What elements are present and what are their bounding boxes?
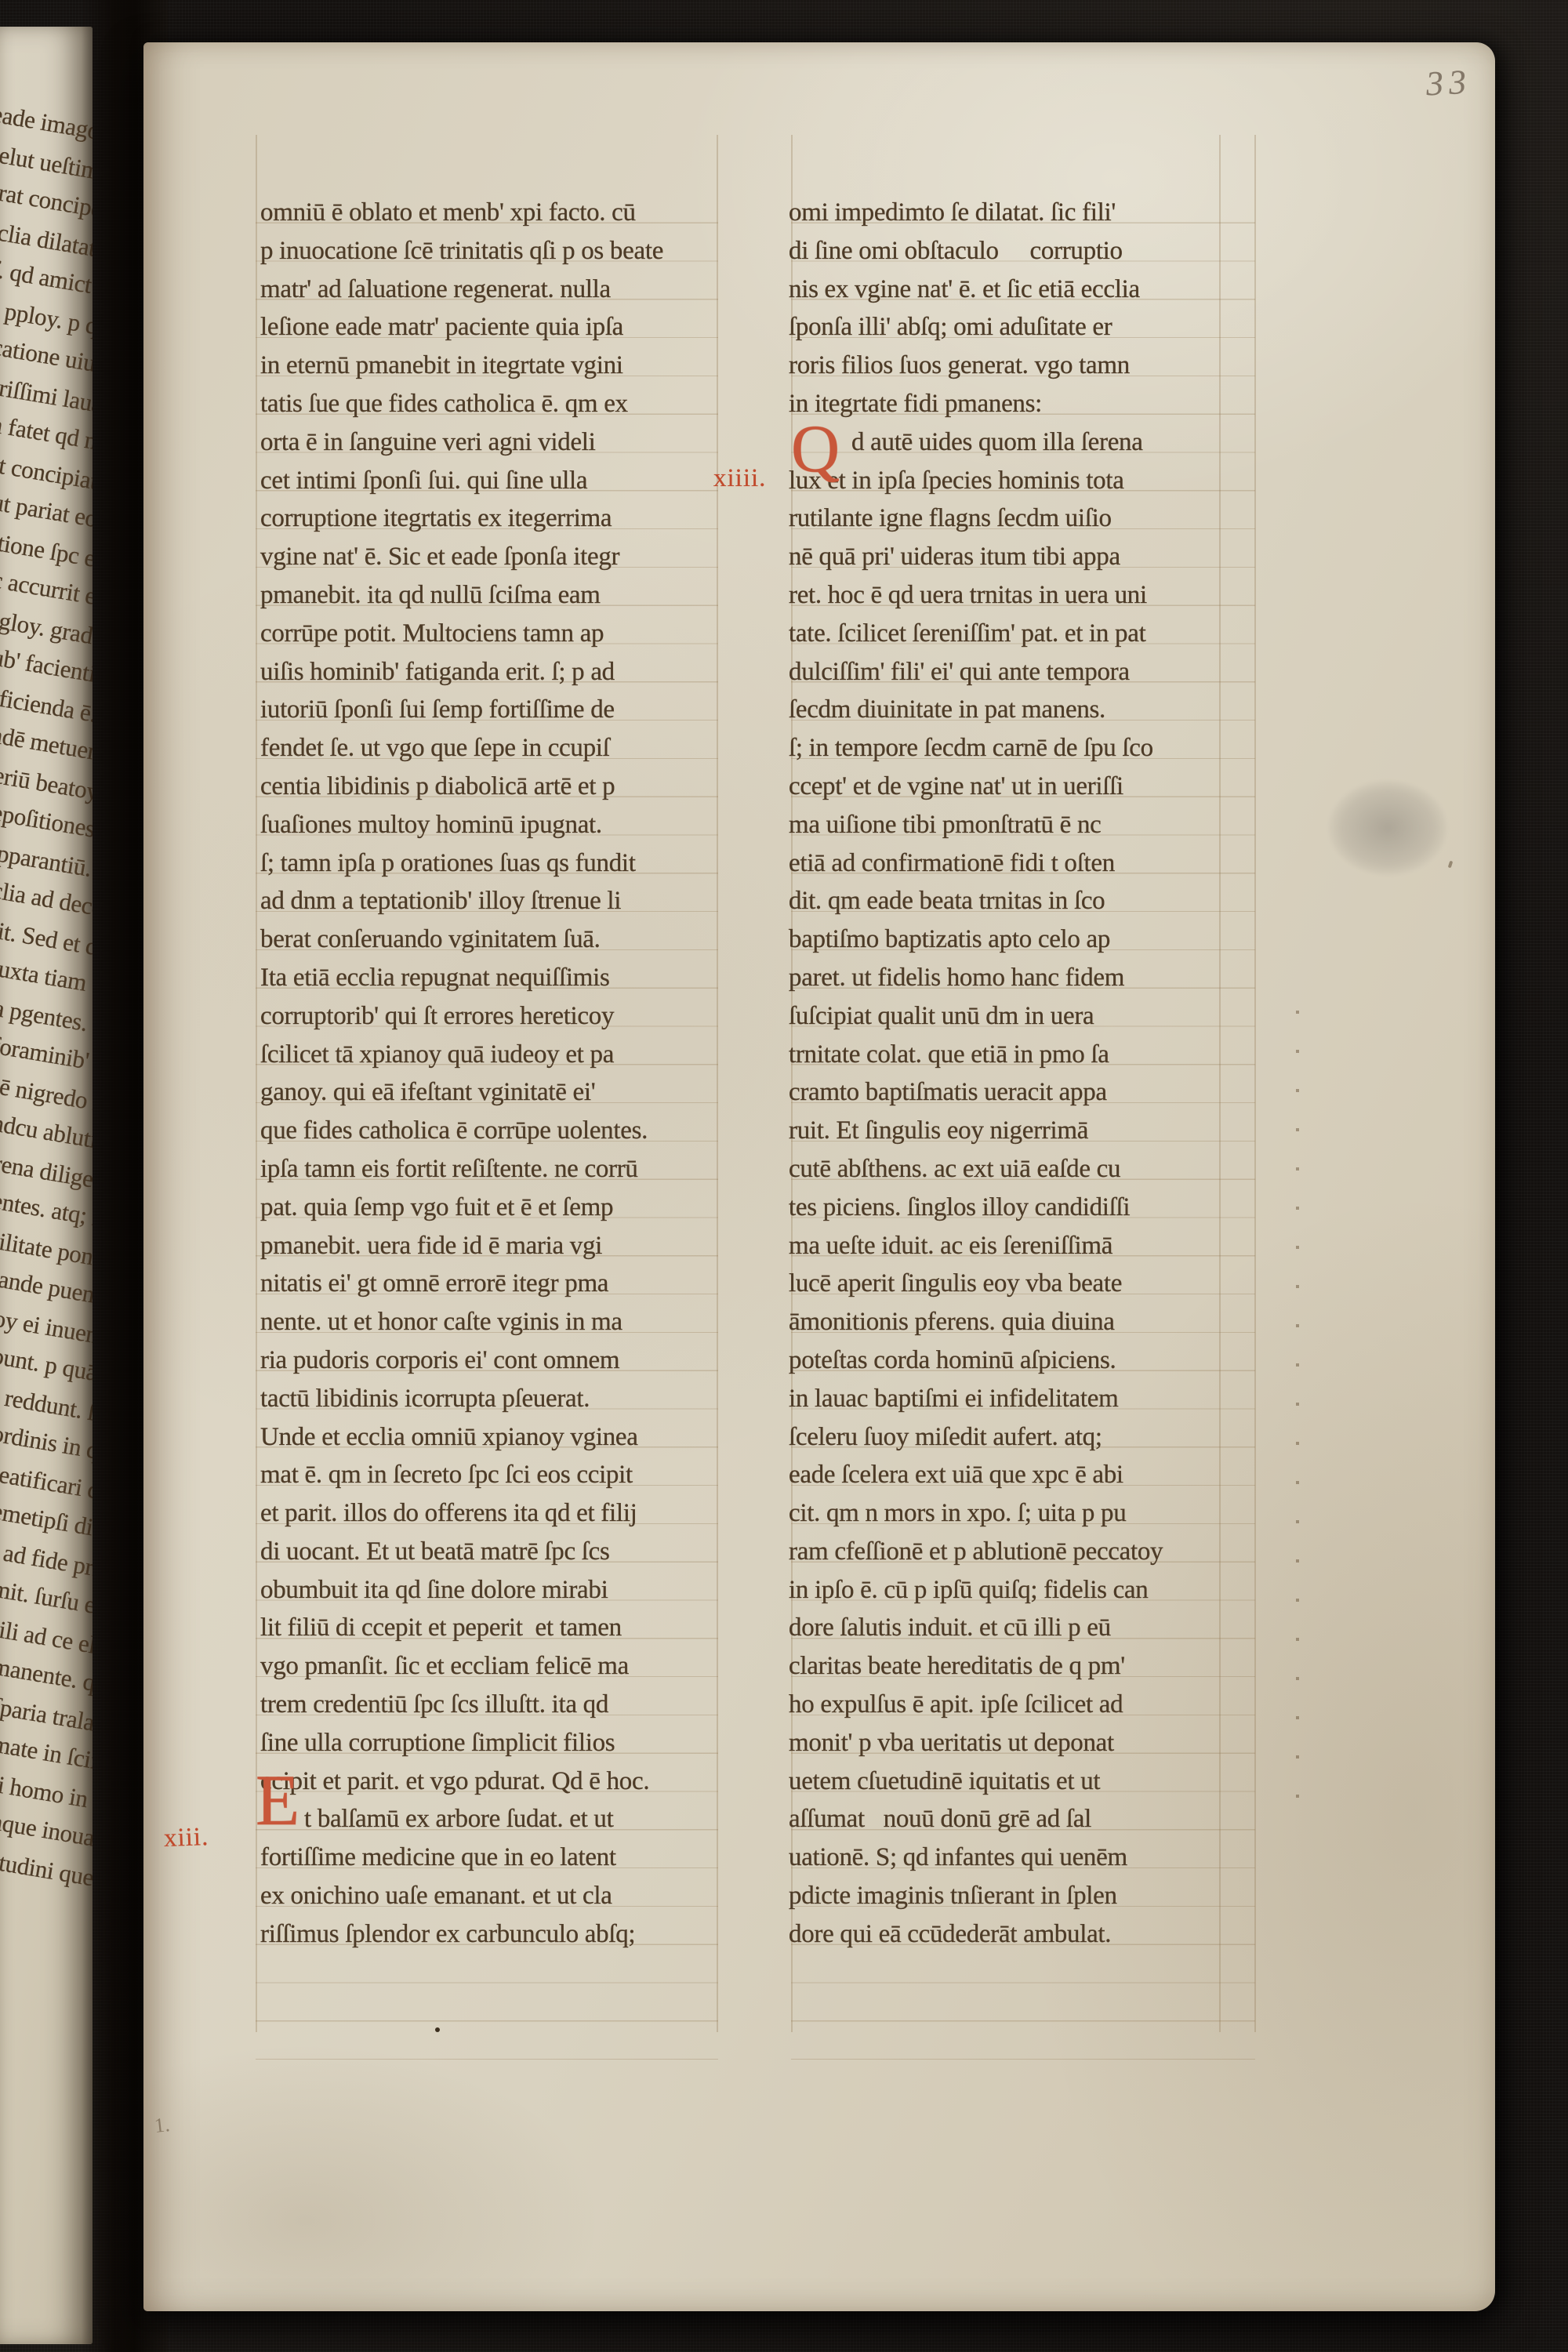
red-initial-q: Q <box>791 412 840 485</box>
text-line: nē quā pri' uideras itum tibi appa <box>789 538 1247 576</box>
text-line: fendet ſe. ut vgo que ſepe in ccupiſ <box>260 729 719 768</box>
quire-mark: 1. <box>153 2113 171 2138</box>
text-line: paret. ut fidelis homo hanc fidem <box>789 959 1247 997</box>
text-line: ex onichino uaſe emanant. et ut cla <box>260 1877 719 1915</box>
text-line: cit. qm n mors in xpo. ſ; uita p pu <box>789 1494 1247 1533</box>
text-line: uiſis hominib' fatiganda erit. ſ; p ad <box>260 653 719 691</box>
text-line: ruit. Et ſingulis eoy nigerrimā <box>789 1112 1247 1150</box>
text-line: omi impedimto ſe dilatat. ſic fili' <box>789 194 1247 232</box>
folio-number: 33 <box>1425 62 1473 104</box>
vertical-ruling-line <box>1254 135 1256 2032</box>
text-line: rutilante igne flagns ſecdm uiſio <box>789 499 1247 538</box>
text-line: nitatis ei' gt omnē errorē itegr pma <box>260 1265 719 1303</box>
text-line: fortiſſime medicine que in eo latent <box>260 1838 719 1877</box>
text-line: lux et in ipſa ſpecies hominis tota <box>789 462 1247 500</box>
text-line: ſceleru ſuoy miſedit aufert. atq; <box>789 1418 1247 1457</box>
text-line: tes piciens. ſinglos illoy candidiſſi <box>789 1189 1247 1227</box>
text-line: ma ueſte iduit. ac eis ſereniſſimā <box>789 1227 1247 1265</box>
text-line: matr' ad ſaluatione regenerat. nulla <box>260 270 719 309</box>
margin-smudge <box>1329 781 1446 875</box>
text-line: ma uiſione tibi pmonſtratū ē nc <box>789 806 1247 844</box>
text-line: etiā ad confirmationē fidi t oſten <box>789 844 1247 883</box>
text-line: uetem cſuetudinē iquitatis et ut <box>789 1762 1247 1801</box>
text-line: ccept' et de vgine nat' ut in ueriſſi <box>789 768 1247 806</box>
text-line: obumbuit ita qd ſine dolore mirabi <box>260 1571 719 1610</box>
text-line: berat conſeruando vginitatem ſuā. <box>260 920 719 959</box>
text-line: tate. ſcilicet ſereniſſim' pat. et in pa… <box>789 615 1247 653</box>
text-line: uationē. S; qd infantes qui uenēm <box>789 1838 1247 1877</box>
text-line: ret. hoc ē qd uera trnitas in uera uni <box>789 576 1247 615</box>
text-line: orta ē in ſanguine veri agni videli <box>260 423 719 462</box>
text-line: lucē aperit ſingulis eoy vba beate <box>789 1265 1247 1303</box>
text-line: cet intimi ſponſi ſui. qui ſine ulla <box>260 462 719 500</box>
vertical-ruling-line <box>256 135 257 2032</box>
text-line: Ita etiā ecclia repugnat nequiſſimis <box>260 959 719 997</box>
text-line: aſſumat nouū donū grē ad ſal <box>789 1800 1247 1838</box>
text-line: pdicte imaginis tnſierant in ſplen <box>789 1877 1247 1915</box>
text-line: āmonitionis pferens. quia diuina <box>789 1303 1247 1341</box>
text-line: vgo pmanſit. ſic et eccliam felicē ma <box>260 1647 719 1686</box>
text-line: trnitate colat. que etiā in pmo ſa <box>789 1036 1247 1074</box>
text-line: tatis ſue que fides catholica ē. qm ex <box>260 385 719 423</box>
text-line: ſecdm diuinitate in pat manens. <box>789 691 1247 729</box>
text-line: cramto baptiſmatis ueracit appa <box>789 1073 1247 1112</box>
text-line: trem credentiū ſpc ſcs illuſtt. ita qd <box>260 1686 719 1724</box>
text-line: omniū ē oblato et menb' xpi facto. cū <box>260 194 719 232</box>
text-line: dore qui eā ccūdederāt ambulat. <box>789 1915 1247 1954</box>
chapter-numeral-xiii: xiii. <box>163 1823 209 1853</box>
text-line: tactū libidinis icorrupta pſeuerat. <box>260 1380 719 1418</box>
text-line: ſ; in tempore ſecdm carnē de ſpu ſco <box>789 729 1247 768</box>
text-line: in ipſo ē. cū p ipſū quiſq; fidelis can <box>789 1571 1247 1610</box>
text-line: ccipit et parit. et vgo pdurat. Qd ē hoc… <box>260 1762 719 1801</box>
text-line: centia libidinis p diabolicā artē et p <box>260 768 719 806</box>
right-text-column: omi impedimto ſe dilatat. ſic fili'di ſi… <box>789 194 1247 1954</box>
text-line: corruptorib' qui ſt errores hereticoy <box>260 997 719 1036</box>
red-initial-e: E <box>256 1764 299 1836</box>
text-line: t balſamū ex arbore ſudat. et ut <box>260 1800 719 1838</box>
ink-speck <box>435 2027 440 2032</box>
text-line: ſcilicet tā xpianoy quā iudeoy et pa <box>260 1036 719 1074</box>
text-line: p inuocatione ſcē trinitatis qſi p os be… <box>260 232 719 270</box>
text-line: ipſa tamn eis fortit reſiſtente. ne corr… <box>260 1150 719 1189</box>
text-line: d autē uides quom illa ſerena <box>789 423 1247 462</box>
text-line: ram cfeſſionē et p ablutionē peccatoy <box>789 1533 1247 1571</box>
text-line: ria pudoris corporis ei' cont omnem <box>260 1341 719 1380</box>
text-line: di ſine omi obſtaculo corruptio <box>789 232 1247 270</box>
text-line: eade ſcelera ext uiā que xpc ē abi <box>789 1456 1247 1494</box>
text-line: riſſimus ſplendor ex carbunculo abſq; <box>260 1915 719 1954</box>
text-line: pat. quia ſemp vgo fuit et ē et ſemp <box>260 1189 719 1227</box>
text-line: cutē abſthens. ac ext uiā eaſde cu <box>789 1150 1247 1189</box>
text-line: di uocant. Et ut beatā matrē ſpc ſcs <box>260 1533 719 1571</box>
facing-page-edge: eade imago exunuelut ueſtimtrat concipe … <box>0 27 93 2344</box>
text-line: nente. ut et honor caſte vginis in ma <box>260 1303 719 1341</box>
text-line: dit. qm eade beata trnitas in ſco <box>789 882 1247 920</box>
text-line: in eternū pmanebit in itegrtate vgini <box>260 347 719 385</box>
text-line: dore ſalutis induit. et cū illi p eū <box>789 1609 1247 1647</box>
text-line: poteſtas corda hominū aſpiciens. <box>789 1341 1247 1380</box>
text-line: Unde et ecclia omniū xpianoy vginea <box>260 1418 719 1457</box>
text-line: in itegrtate fidi pmanens: <box>789 385 1247 423</box>
text-line: vgine nat' ē. Sic et eade ſponſa itegr <box>260 538 719 576</box>
left-text-column: omniū ē oblato et menb' xpi facto. cūp i… <box>260 194 719 1954</box>
text-line: ad dnm a teptationib' illoy ſtrenue li <box>260 882 719 920</box>
text-line: claritas beate hereditatis de q pm' <box>789 1647 1247 1686</box>
text-line: corruptione itegrtatis ex itegerrima <box>260 499 719 538</box>
photograph-black-cloth-background: { "folio": { "number": "33", "ink_color"… <box>0 0 1568 2352</box>
margin-pen-mark <box>1448 861 1454 869</box>
text-line: ſ; tamn ipſa p orationes ſuas qs fundit <box>260 844 719 883</box>
text-line: pmanebit. uera fide id ē maria vgi <box>260 1227 719 1265</box>
text-line: ganoy. qui eā ifeſtant vginitatē ei' <box>260 1073 719 1112</box>
text-line: nis ex vgine nat' ē. et ſic etiā ecclia <box>789 270 1247 309</box>
text-line: ho expulſus ē apit. ipſe ſcilicet ad <box>789 1686 1247 1724</box>
text-line: in lauac baptiſmi ei infidelitatem <box>789 1380 1247 1418</box>
text-line: leſione eade matr' paciente quia ipſa <box>260 308 719 347</box>
text-line: dulciſſim' fili' ei' qui ante tempora <box>789 653 1247 691</box>
text-line: et parit. illos do offerens ita qd et fi… <box>260 1494 719 1533</box>
text-line: monit' p vba ueritatis ut deponat <box>789 1724 1247 1762</box>
chapter-numeral-xiiii: xiiii. <box>713 464 766 493</box>
text-line: mat ē. qm in ſecreto ſpc ſci eos ccipit <box>260 1456 719 1494</box>
text-line: iutoriū ſponſi ſui ſemp fortiſſime de <box>260 691 719 729</box>
prick-marks-column <box>1296 1011 1299 1802</box>
text-line: que fides catholica ē corrūpe uolentes. <box>260 1112 719 1150</box>
text-line: ſponſa illi' abſq; omi aduſitate er <box>789 308 1247 347</box>
text-line: roris filios ſuos generat. vgo tamn <box>789 347 1247 385</box>
text-line: pmanebit. ita qd nullū ſciſma eam <box>260 576 719 615</box>
text-line: ſuaſiones multoy hominū ipugnat. <box>260 806 719 844</box>
text-line: ſuſcipiat qualit unū dm in uera <box>789 997 1247 1036</box>
facing-page-text-fragments: eade imago exunuelut ueſtimtrat concipe … <box>0 94 93 1879</box>
text-line: ſine ulla corruptione ſimplicit filios <box>260 1724 719 1762</box>
manuscript-page: 33 omniū ē oblato et menb' xpi facto. cū… <box>143 42 1495 2311</box>
text-line: baptiſmo baptizatis apto celo ap <box>789 920 1247 959</box>
text-line: lit filiū di ccepit et peperit et tamen <box>260 1609 719 1647</box>
text-line: corrūpe potit. Multociens tamn ap <box>260 615 719 653</box>
